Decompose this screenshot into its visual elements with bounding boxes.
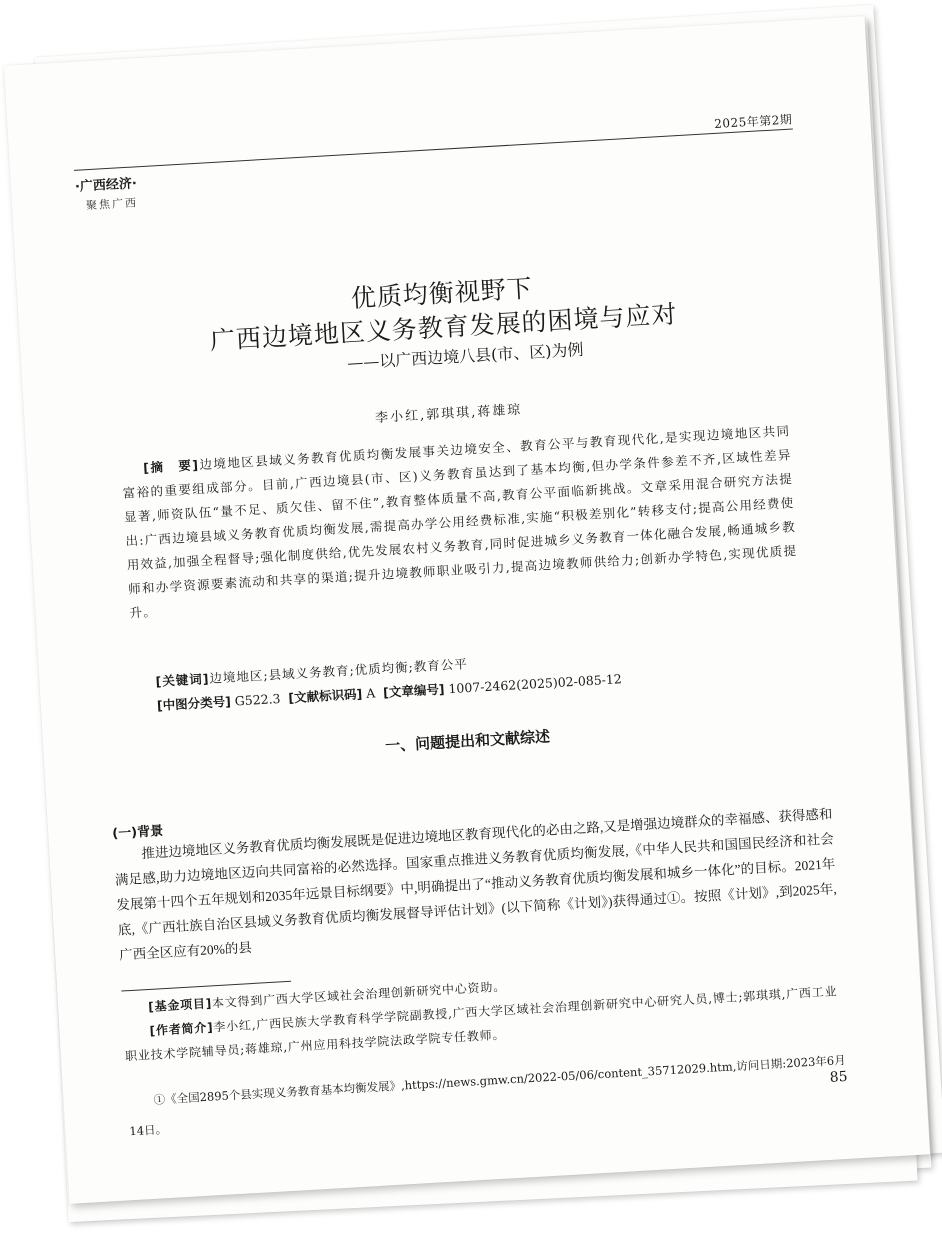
- footnote-text: ①《全国2895个县实现义务教育基本均衡发展》,https://news.gmw…: [129, 1053, 846, 1138]
- article-title: 优质均衡视野下 广西边境地区义务教育发展的困境与应对 ——以广西边境八县(市、区…: [81, 256, 805, 391]
- author-bio-label: [作者简介]: [149, 1020, 213, 1038]
- page-content: 2025年第2期 ·广西经济· 聚焦广西 优质均衡视野下 广西边境地区义务教育发…: [68, 21, 852, 1201]
- column-label: ·广西经济·: [74, 172, 137, 195]
- body-paragraph: 推进边境地区义务教育优质均衡发展既是促进边境地区教育现代化的必由之路,又是增强边…: [113, 801, 839, 967]
- header-rule: [74, 128, 793, 170]
- abstract-label: [摘 要]: [143, 457, 200, 475]
- article-number-value: 1007-2462(2025)02-085-12: [448, 671, 622, 696]
- article-number-label: [文章编号]: [383, 681, 445, 700]
- body-text: 推进边境地区义务教育优质均衡发展既是促进边境地区教育现代化的必由之路,又是增强边…: [113, 801, 839, 967]
- doc-code-value: A: [366, 685, 376, 700]
- subsection-heading: (一)背景: [112, 820, 164, 842]
- page-number: 85: [829, 1069, 848, 1086]
- abstract-text: 边境地区县域义务教育优质均衡发展事关边境安全、教育公平与教育现代化,是实现边境地…: [122, 423, 797, 620]
- clc-value: G522.3: [234, 691, 281, 709]
- clc-label: [中图分类号]: [157, 694, 232, 713]
- subcolumn-label: 聚焦广西: [86, 194, 139, 213]
- doc-code-label: [文献标识码]: [288, 686, 363, 705]
- keywords-label: [关键词]: [155, 671, 210, 689]
- fund-label: [基金项目]: [148, 996, 212, 1014]
- journal-page: 2025年第2期 ·广西经济· 聚焦广西 优质均衡视野下 广西边境地区义务教育发…: [4, 16, 930, 1204]
- section-heading: 一、问题提出和文献综述: [108, 709, 828, 771]
- abstract: [摘 要]边境地区县域义务教育优质均衡发展事关边境安全、教育公平与教育现代化,是…: [121, 419, 800, 625]
